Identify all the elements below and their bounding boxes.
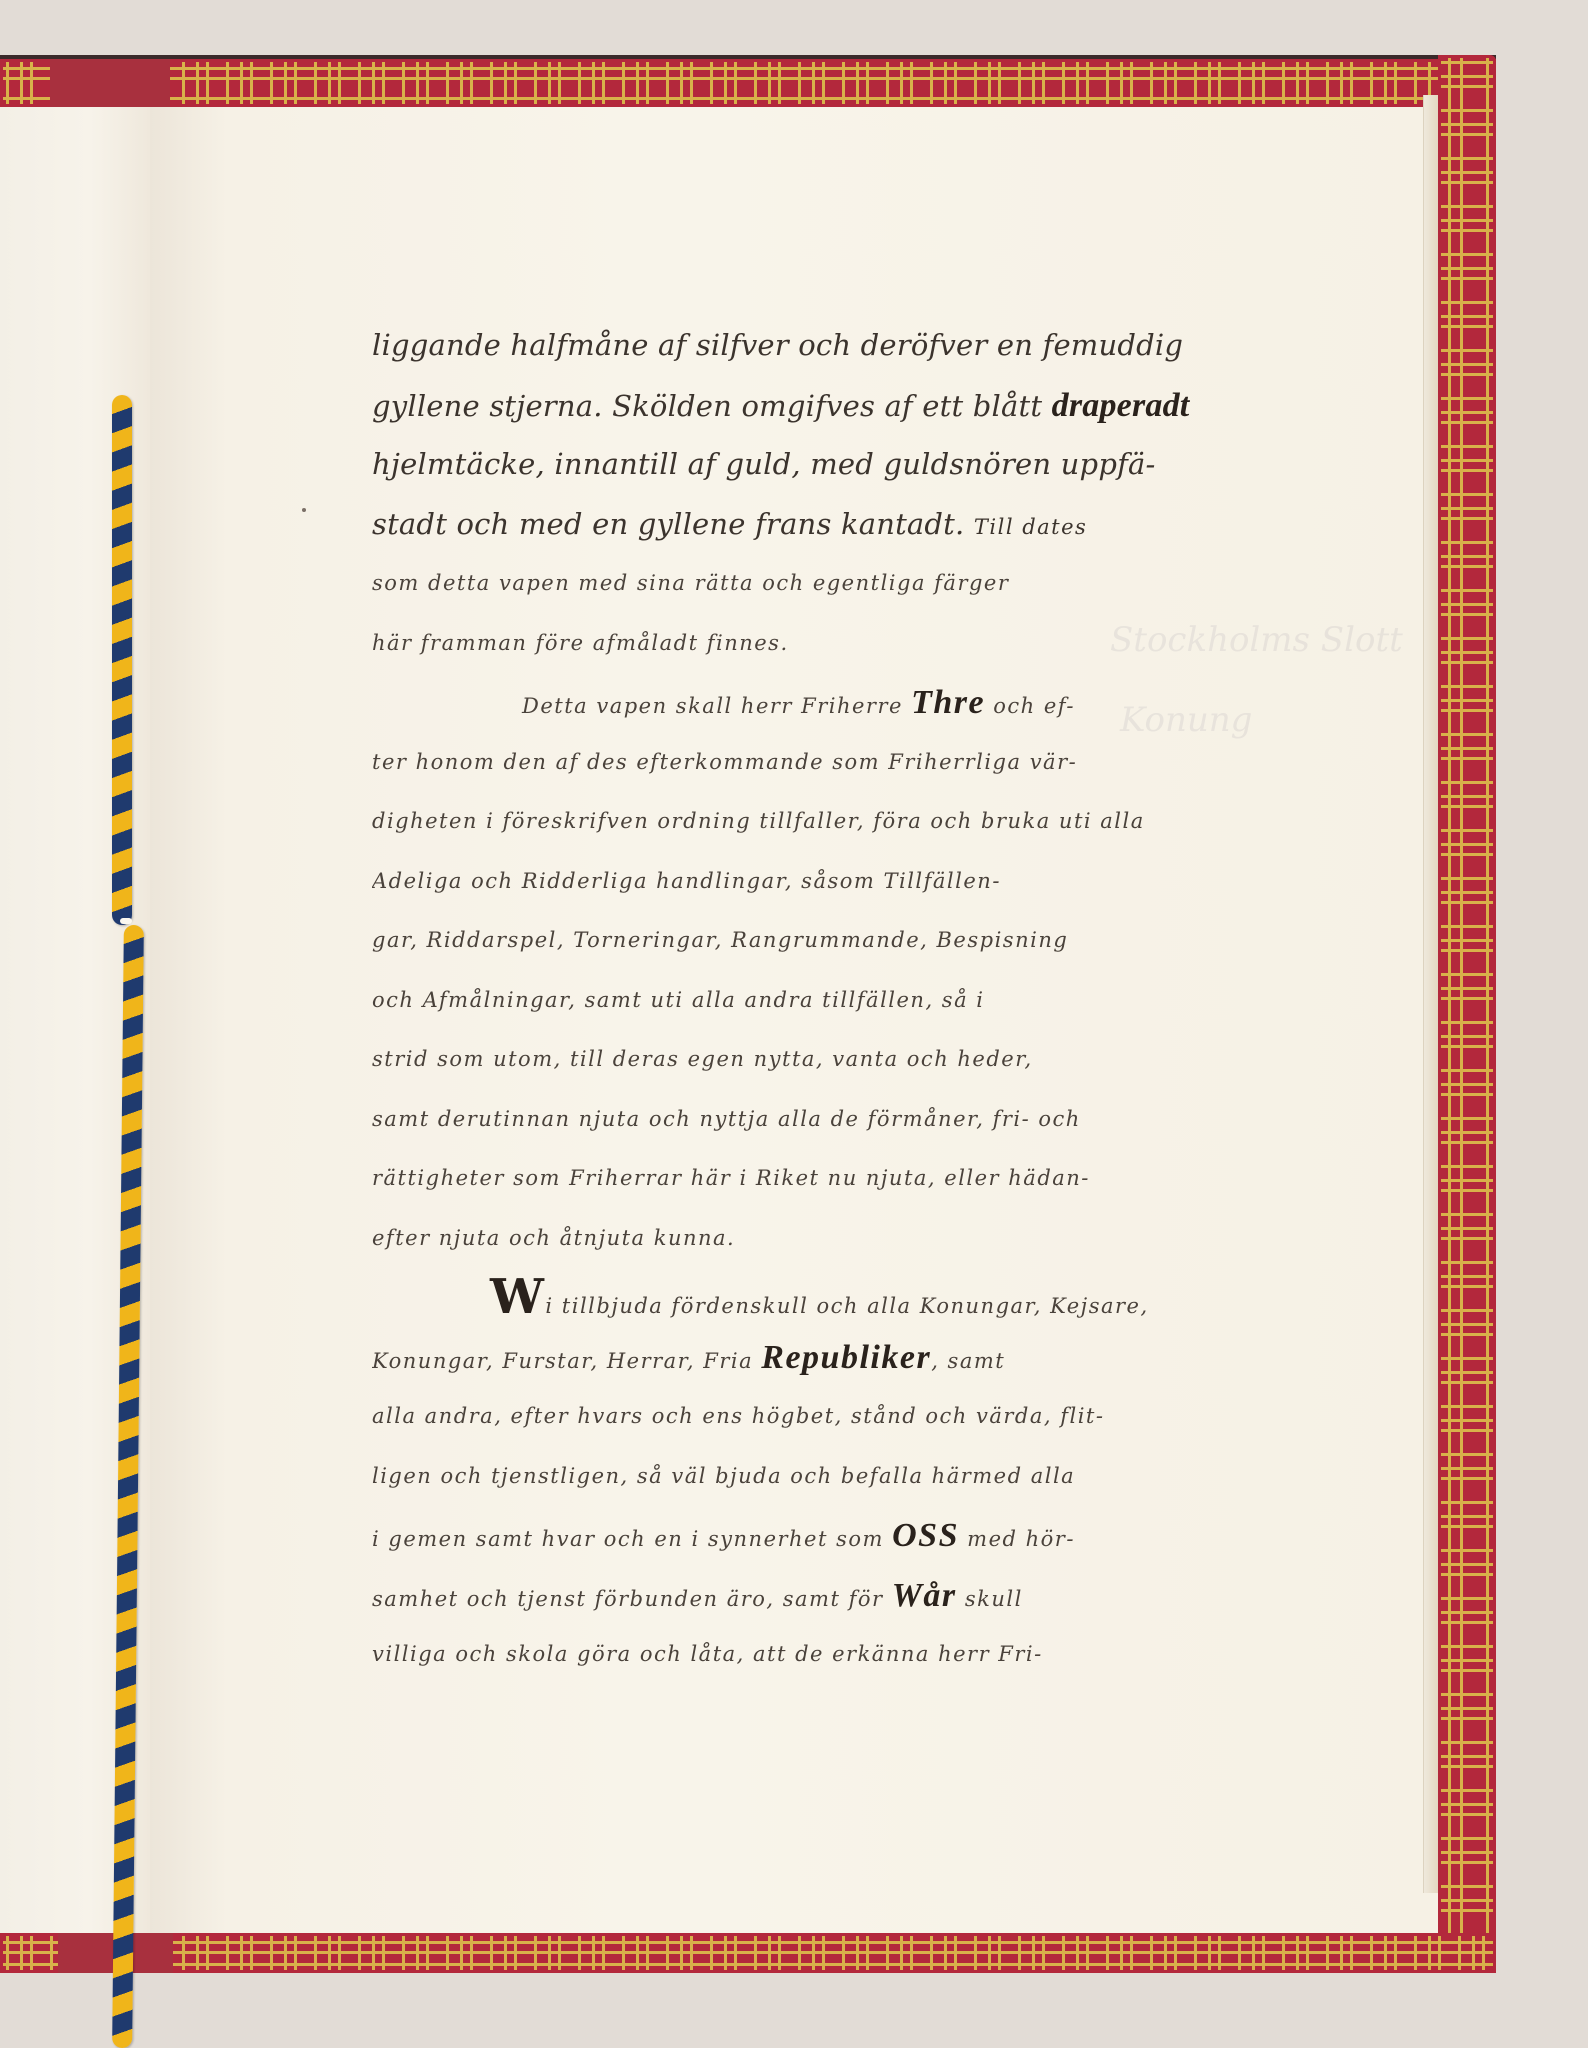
line-text: gar, Riddarspel, Torneringar, Rangrumman… — [372, 928, 1068, 952]
line-text: med hör- — [959, 1527, 1075, 1551]
text-line-15: rättigheter som Friherrar här i Riket nu… — [372, 1149, 1252, 1209]
line-text: samhet och tjenst förbunden äro, samt fö… — [372, 1587, 892, 1611]
line-text: samt derutinnan njuta och nyttja alla de… — [372, 1107, 1081, 1131]
line-text: som detta vapen med sina rätta och egent… — [372, 571, 1009, 595]
line-text: och Afmålningar, samt uti alla andra til… — [372, 988, 985, 1012]
greek-key-border-bottom — [0, 1933, 1496, 1973]
text-line-14: samt derutinnan njuta och nyttja alla de… — [372, 1090, 1252, 1150]
text-line-16: efter njuta och åtnjuta kunna. — [372, 1209, 1252, 1269]
line-text: strid som utom, till deras egen nytta, v… — [372, 1047, 1033, 1071]
line-tail: skull — [957, 1587, 1023, 1611]
cord-knot — [120, 918, 132, 924]
text-line-18: Konungar, Furstar, Herrar, Fria Republik… — [372, 1328, 1252, 1388]
text-line-3: hjelmtäcke, innantill af guld, med gulds… — [372, 435, 1252, 495]
text-line-12: och Afmålningar, samt uti alla andra til… — [372, 971, 1252, 1031]
text-line-10: Adeliga och Ridderliga handlingar, såsom… — [372, 852, 1252, 912]
text-line-4: stadt och med en gyllene frans kantadt. … — [372, 495, 1252, 555]
text-line-2: gyllene stjerna. Skölden omgifves af ett… — [372, 376, 1252, 436]
greek-key-border-top — [0, 55, 1496, 107]
line-text: och ef- — [985, 694, 1075, 718]
text-line-7: Detta vapen skall herr Friherre Thre och… — [372, 673, 1252, 733]
decorated-initial: W — [490, 1269, 545, 1325]
text-line-5: som detta vapen med sina rätta och egent… — [372, 554, 1252, 614]
line-text: i tillbjuda fördenskull och alla Konunga… — [545, 1294, 1148, 1318]
text-line-20: ligen och tjenstligen, så väl bjuda och … — [372, 1447, 1252, 1507]
text-line-23: villiga och skola göra och låta, att de … — [372, 1625, 1252, 1685]
text-line-1: liggande halfmåne af silfver och deröfve… — [372, 316, 1252, 376]
line-text: ligen och tjenstligen, så väl bjuda och … — [372, 1464, 1075, 1488]
line-tail: , samt — [931, 1349, 1005, 1373]
greek-key-border-right — [1438, 55, 1496, 1973]
text-line-11: gar, Riddarspel, Torneringar, Rangrumman… — [372, 911, 1252, 971]
line-text: Konungar, Furstar, Herrar, Fria — [372, 1349, 761, 1373]
text-line-6: här framman före afmåladt finnes. — [372, 614, 1252, 674]
highlighted-word: Thre — [911, 684, 985, 721]
line-tail: Till dates — [974, 515, 1087, 539]
highlighted-word: OSS — [892, 1517, 959, 1554]
line-prefix: Detta vapen skall herr Friherre — [522, 694, 911, 718]
text-line-19: alla andra, efter hvars och ens högbet, … — [372, 1387, 1252, 1447]
line-text: rättigheter som Friherrar här i Riket nu… — [372, 1166, 1090, 1190]
text-line-17: Wi tillbjuda fördenskull och alla Konung… — [372, 1268, 1252, 1328]
highlighted-word: Republiker — [761, 1339, 931, 1376]
line-text: villiga och skola göra och låta, att de … — [372, 1642, 1043, 1666]
line-text: hjelmtäcke, innantill af guld, med gulds… — [372, 447, 1156, 481]
line-prefix: i gemen samt hvar och en i synnerhet som — [372, 1527, 892, 1551]
page-edges — [1423, 95, 1438, 1893]
highlighted-word: draperadt — [1052, 387, 1190, 424]
line-text: ter honom den af des efterkommande som F… — [372, 750, 1077, 774]
text-line-22: samhet och tjenst förbunden äro, samt fö… — [372, 1566, 1252, 1626]
line-text: gyllene stjerna. Skölden omgifves af ett… — [372, 389, 1052, 423]
text-line-21: i gemen samt hvar och en i synnerhet som… — [372, 1506, 1252, 1566]
manuscript-text: liggande halfmåne af silfver och deröfve… — [372, 316, 1252, 1685]
text-line-13: strid som utom, till deras egen nytta, v… — [372, 1030, 1252, 1090]
spine-gap-top — [50, 59, 170, 107]
ribbon-cord-upper — [112, 395, 132, 925]
line-text: stadt och med en gyllene frans kantadt. — [372, 507, 974, 541]
margin-dot — [302, 508, 306, 512]
line-text: efter njuta och åtnjuta kunna. — [372, 1226, 735, 1250]
line-text: alla andra, efter hvars och ens högbet, … — [372, 1404, 1104, 1428]
text-line-9: digheten i föreskrifven ordning tillfall… — [372, 792, 1252, 852]
line-text: liggande halfmåne af silfver och deröfve… — [372, 328, 1183, 362]
line-text: här framman före afmåladt finnes. — [372, 631, 789, 655]
highlighted-word: Wår — [892, 1577, 957, 1614]
line-text: Adeliga och Ridderliga handlingar, såsom… — [372, 869, 1001, 893]
line-text: digheten i föreskrifven ordning tillfall… — [372, 809, 1145, 833]
text-line-8: ter honom den af des efterkommande som F… — [372, 733, 1252, 793]
